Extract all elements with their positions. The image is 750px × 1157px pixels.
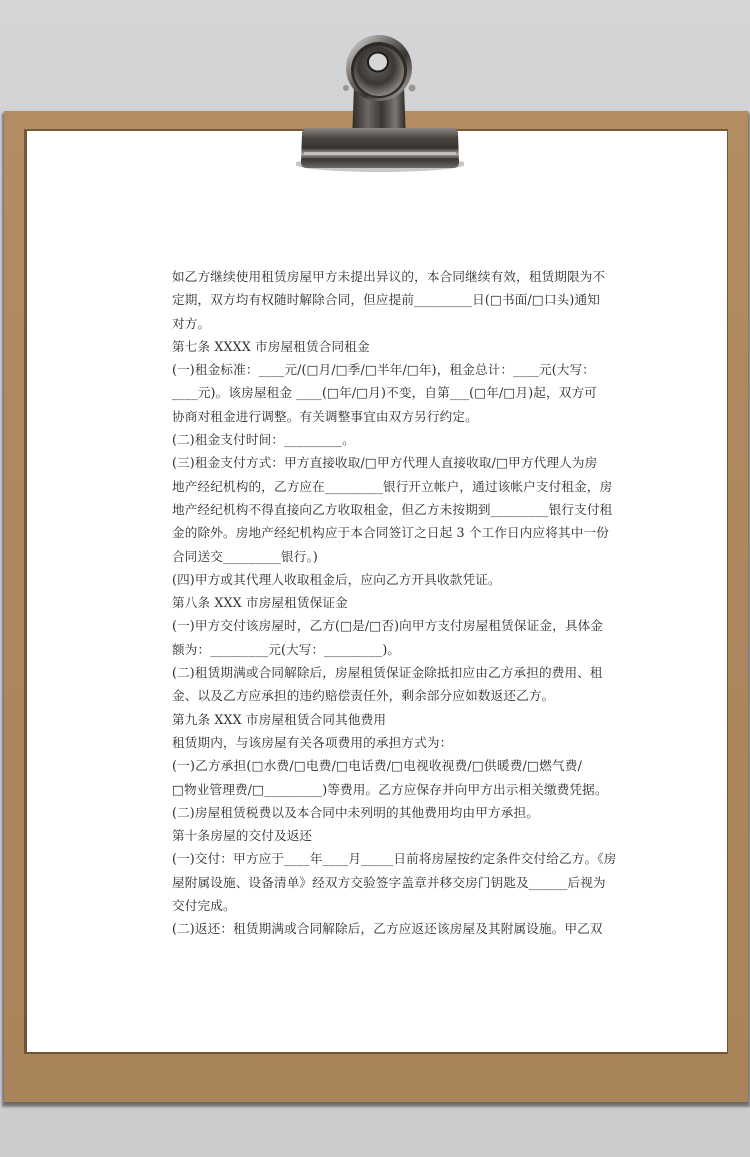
document-line: (二)返还：租赁期满或合同解除后，乙方应返还该房屋及其附属设施。甲乙双 — [172, 917, 582, 940]
document-line: 地产经纪机构不得直接向乙方收取租金，但乙方未按期到_________银行支付租 — [172, 498, 582, 521]
binder-clip-icon — [296, 24, 464, 172]
document-body: 如乙方继续使用租赁房屋甲方未提出异议的，本合同继续有效，租赁期限为不定期，双方均… — [172, 265, 582, 941]
document-line: 合同送交_________银行。) — [172, 545, 582, 568]
document-page: 如乙方继续使用租赁房屋甲方未提出异议的，本合同继续有效，租赁期限为不定期，双方均… — [27, 131, 727, 1052]
document-line: 如乙方继续使用租赁房屋甲方未提出异议的，本合同继续有效，租赁期限为不 — [172, 265, 582, 288]
document-line: 租赁期内，与该房屋有关各项费用的承担方式为： — [172, 731, 582, 754]
document-line: 定期，双方均有权随时解除合同，但应提前_________日(□书面/□口头)通知 — [172, 288, 582, 311]
document-line: 对方。 — [172, 312, 582, 335]
document-line: (二)租金支付时间：_________。 — [172, 428, 582, 451]
document-line: (一)甲方交付该房屋时，乙方(□是/□否)向甲方支付房屋租赁保证金，具体金 — [172, 614, 582, 637]
document-line: (四)甲方或其代理人收取租金后，应向乙方开具收款凭证。 — [172, 568, 582, 591]
document-line: 屋附属设施、设备清单》经双方交验签字盖章并移交房门钥匙及______后视为 — [172, 871, 582, 894]
document-line: 协商对租金进行调整。有关调整事宜由双方另行约定。 — [172, 405, 582, 428]
document-line: 第八条 XXX 市房屋租赁保证金 — [172, 591, 582, 614]
document-line: (三)租金支付方式：甲方直接收取/□甲方代理人直接收取/□甲方代理人为房 — [172, 451, 582, 474]
document-line: □物业管理费/□_________)等费用。乙方应保存并向甲方出示相关缴费凭据。 — [172, 778, 582, 801]
document-line: 额为：_________元(大写：_________)。 — [172, 638, 582, 661]
document-line: 第九条 XXX 市房屋租赁合同其他费用 — [172, 708, 582, 731]
document-line: 交付完成。 — [172, 894, 582, 917]
document-line: (二)房屋租赁税费以及本合同中未列明的其他费用均由甲方承担。 — [172, 801, 582, 824]
document-line: 金、以及乙方应承担的违约赔偿责任外，剩余部分应如数返还乙方。 — [172, 684, 582, 707]
document-line: ____元)。该房屋租金 ____(□年/□月)不变，自第___(□年/□月)起… — [172, 381, 582, 404]
document-line: 第七条 XXXX 市房屋租赁合同租金 — [172, 335, 582, 358]
document-line: (一)租金标准：____元/(□月/□季/□半年/□年)，租金总计：____元(… — [172, 358, 582, 381]
document-line: (一)交付：甲方应于____年____月_____日前将房屋按约定条件交付给乙方… — [172, 847, 582, 870]
document-line: 第十条房屋的交付及返还 — [172, 824, 582, 847]
document-line: 地产经纪机构的，乙方应在_________银行开立帐户，通过该帐户支付租金，房 — [172, 475, 582, 498]
document-line: 金的除外。房地产经纪机构应于本合同签订之日起 3 个工作日内应将其中一份 — [172, 521, 582, 544]
document-line: (一)乙方承担(□水费/□电费/□电话费/□电视收视费/□供暖费/□燃气费/ — [172, 754, 582, 777]
document-line: (二)租赁期满或合同解除后，房屋租赁保证金除抵扣应由乙方承担的费用、租 — [172, 661, 582, 684]
